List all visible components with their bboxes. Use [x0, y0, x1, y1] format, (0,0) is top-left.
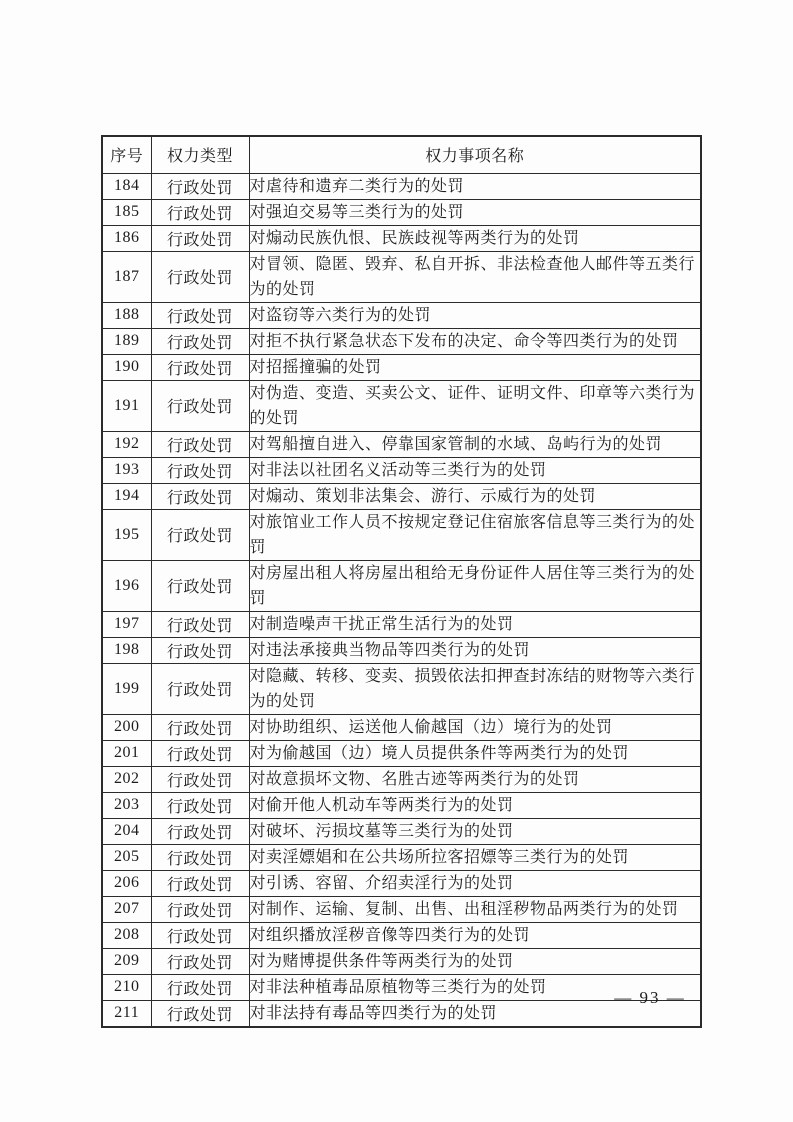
cell-serial-number: 197 [102, 611, 151, 637]
cell-serial-number: 203 [102, 792, 151, 818]
cell-power-type: 行政处罚 [151, 792, 249, 818]
cell-serial-number: 188 [102, 302, 151, 328]
cell-serial-number: 209 [102, 948, 151, 974]
cell-power-item-name: 对引诱、容留、介绍卖淫行为的处罚 [249, 870, 701, 896]
cell-serial-number: 193 [102, 457, 151, 483]
table-row: 189行政处罚对拒不执行紧急状态下发布的决定、命令等四类行为的处罚 [102, 328, 701, 354]
table-row: 202行政处罚对故意损坏文物、名胜古迹等两类行为的处罚 [102, 766, 701, 792]
cell-power-item-name: 对违法承接典当物品等四类行为的处罚 [249, 637, 701, 663]
cell-serial-number: 200 [102, 714, 151, 740]
cell-power-type: 行政处罚 [151, 896, 249, 922]
cell-power-type: 行政处罚 [151, 199, 249, 225]
table-row: 185行政处罚对强迫交易等三类行为的处罚 [102, 199, 701, 225]
table-header-row: 序号 权力类型 权力事项名称 [102, 136, 701, 173]
cell-power-type: 行政处罚 [151, 354, 249, 380]
table-row: 187行政处罚对冒领、隐匿、毁弃、私自开拆、非法检查他人邮件等五类行为的处罚 [102, 251, 701, 302]
column-header-serial-number: 序号 [102, 136, 151, 173]
table-row: 204行政处罚对破坏、污损坟墓等三类行为的处罚 [102, 818, 701, 844]
cell-power-type: 行政处罚 [151, 766, 249, 792]
power-items-table: 序号 权力类型 权力事项名称 184行政处罚对虐待和遗弃二类行为的处罚185行政… [101, 135, 702, 1028]
cell-power-item-name: 对盗窃等六类行为的处罚 [249, 302, 701, 328]
cell-serial-number: 190 [102, 354, 151, 380]
cell-power-type: 行政处罚 [151, 844, 249, 870]
cell-power-item-name: 对为赌博提供条件等两类行为的处罚 [249, 948, 701, 974]
cell-power-type: 行政处罚 [151, 173, 249, 199]
table-row: 203行政处罚对偷开他人机动车等两类行为的处罚 [102, 792, 701, 818]
cell-serial-number: 210 [102, 974, 151, 1000]
cell-power-type: 行政处罚 [151, 431, 249, 457]
cell-power-item-name: 对偷开他人机动车等两类行为的处罚 [249, 792, 701, 818]
cell-power-type: 行政处罚 [151, 637, 249, 663]
page-number: — 93 — [595, 988, 705, 1008]
table-row: 209行政处罚对为赌博提供条件等两类行为的处罚 [102, 948, 701, 974]
cell-serial-number: 191 [102, 380, 151, 431]
cell-power-type: 行政处罚 [151, 818, 249, 844]
cell-serial-number: 184 [102, 173, 151, 199]
cell-serial-number: 204 [102, 818, 151, 844]
cell-power-item-name: 对冒领、隐匿、毁弃、私自开拆、非法检查他人邮件等五类行为的处罚 [249, 251, 701, 302]
cell-power-item-name: 对破坏、污损坟墓等三类行为的处罚 [249, 818, 701, 844]
table-row: 194行政处罚对煽动、策划非法集会、游行、示威行为的处罚 [102, 483, 701, 509]
cell-power-item-name: 对强迫交易等三类行为的处罚 [249, 199, 701, 225]
cell-power-type: 行政处罚 [151, 225, 249, 251]
cell-power-type: 行政处罚 [151, 714, 249, 740]
cell-power-type: 行政处罚 [151, 663, 249, 714]
cell-serial-number: 189 [102, 328, 151, 354]
table-row: 195行政处罚对旅馆业工作人员不按规定登记住宿旅客信息等三类行为的处罚 [102, 509, 701, 560]
cell-power-type: 行政处罚 [151, 251, 249, 302]
cell-power-type: 行政处罚 [151, 483, 249, 509]
table-row: 205行政处罚对卖淫嫖娼和在公共场所拉客招嫖等三类行为的处罚 [102, 844, 701, 870]
cell-power-type: 行政处罚 [151, 740, 249, 766]
cell-serial-number: 198 [102, 637, 151, 663]
cell-serial-number: 206 [102, 870, 151, 896]
table-row: 188行政处罚对盗窃等六类行为的处罚 [102, 302, 701, 328]
table-row: 186行政处罚对煽动民族仇恨、民族歧视等两类行为的处罚 [102, 225, 701, 251]
cell-serial-number: 195 [102, 509, 151, 560]
cell-power-item-name: 对制作、运输、复制、出售、出租淫秽物品两类行为的处罚 [249, 896, 701, 922]
column-header-power-item-name: 权力事项名称 [249, 136, 701, 173]
cell-power-type: 行政处罚 [151, 611, 249, 637]
cell-serial-number: 208 [102, 922, 151, 948]
table-row: 198行政处罚对违法承接典当物品等四类行为的处罚 [102, 637, 701, 663]
cell-power-item-name: 对旅馆业工作人员不按规定登记住宿旅客信息等三类行为的处罚 [249, 509, 701, 560]
cell-power-item-name: 对煽动、策划非法集会、游行、示威行为的处罚 [249, 483, 701, 509]
cell-power-item-name: 对招摇撞骗的处罚 [249, 354, 701, 380]
cell-power-type: 行政处罚 [151, 509, 249, 560]
cell-power-item-name: 对房屋出租人将房屋出租给无身份证件人居住等三类行为的处罚 [249, 560, 701, 611]
cell-power-item-name: 对协助组织、运送他人偷越国（边）境行为的处罚 [249, 714, 701, 740]
cell-power-item-name: 对为偷越国（边）境人员提供条件等两类行为的处罚 [249, 740, 701, 766]
cell-power-type: 行政处罚 [151, 1000, 249, 1027]
table-row: 192行政处罚对驾船擅自进入、停靠国家管制的水域、岛屿行为的处罚 [102, 431, 701, 457]
cell-serial-number: 187 [102, 251, 151, 302]
cell-serial-number: 201 [102, 740, 151, 766]
table-row: 184行政处罚对虐待和遗弃二类行为的处罚 [102, 173, 701, 199]
cell-power-item-name: 对非法以社团名义活动等三类行为的处罚 [249, 457, 701, 483]
cell-power-type: 行政处罚 [151, 302, 249, 328]
cell-serial-number: 185 [102, 199, 151, 225]
cell-power-item-name: 对隐藏、转移、变卖、损毁依法扣押查封冻结的财物等六类行为的处罚 [249, 663, 701, 714]
table-row: 200行政处罚对协助组织、运送他人偷越国（边）境行为的处罚 [102, 714, 701, 740]
table-row: 208行政处罚对组织播放淫秽音像等四类行为的处罚 [102, 922, 701, 948]
cell-power-item-name: 对驾船擅自进入、停靠国家管制的水域、岛屿行为的处罚 [249, 431, 701, 457]
cell-power-item-name: 对伪造、变造、买卖公文、证件、证明文件、印章等六类行为的处罚 [249, 380, 701, 431]
cell-power-type: 行政处罚 [151, 560, 249, 611]
cell-power-item-name: 对拒不执行紧急状态下发布的决定、命令等四类行为的处罚 [249, 328, 701, 354]
cell-serial-number: 192 [102, 431, 151, 457]
table-row: 191行政处罚对伪造、变造、买卖公文、证件、证明文件、印章等六类行为的处罚 [102, 380, 701, 431]
table-body: 184行政处罚对虐待和遗弃二类行为的处罚185行政处罚对强迫交易等三类行为的处罚… [102, 173, 701, 1027]
cell-power-type: 行政处罚 [151, 922, 249, 948]
cell-serial-number: 186 [102, 225, 151, 251]
cell-power-item-name: 对虐待和遗弃二类行为的处罚 [249, 173, 701, 199]
cell-serial-number: 196 [102, 560, 151, 611]
cell-power-item-name: 对煽动民族仇恨、民族歧视等两类行为的处罚 [249, 225, 701, 251]
cell-power-type: 行政处罚 [151, 380, 249, 431]
cell-power-item-name: 对故意损坏文物、名胜古迹等两类行为的处罚 [249, 766, 701, 792]
cell-serial-number: 194 [102, 483, 151, 509]
document-page: 序号 权力类型 权力事项名称 184行政处罚对虐待和遗弃二类行为的处罚185行政… [0, 0, 793, 1122]
cell-serial-number: 199 [102, 663, 151, 714]
cell-power-type: 行政处罚 [151, 328, 249, 354]
table-row: 207行政处罚对制作、运输、复制、出售、出租淫秽物品两类行为的处罚 [102, 896, 701, 922]
table-row: 190行政处罚对招摇撞骗的处罚 [102, 354, 701, 380]
cell-power-type: 行政处罚 [151, 948, 249, 974]
column-header-power-type: 权力类型 [151, 136, 249, 173]
cell-power-item-name: 对卖淫嫖娼和在公共场所拉客招嫖等三类行为的处罚 [249, 844, 701, 870]
table-row: 199行政处罚对隐藏、转移、变卖、损毁依法扣押查封冻结的财物等六类行为的处罚 [102, 663, 701, 714]
cell-serial-number: 205 [102, 844, 151, 870]
cell-power-type: 行政处罚 [151, 974, 249, 1000]
table-row: 196行政处罚对房屋出租人将房屋出租给无身份证件人居住等三类行为的处罚 [102, 560, 701, 611]
table-row: 201行政处罚对为偷越国（边）境人员提供条件等两类行为的处罚 [102, 740, 701, 766]
cell-power-item-name: 对组织播放淫秽音像等四类行为的处罚 [249, 922, 701, 948]
cell-serial-number: 211 [102, 1000, 151, 1027]
cell-serial-number: 202 [102, 766, 151, 792]
cell-power-type: 行政处罚 [151, 870, 249, 896]
cell-power-type: 行政处罚 [151, 457, 249, 483]
table-row: 193行政处罚对非法以社团名义活动等三类行为的处罚 [102, 457, 701, 483]
table-row: 197行政处罚对制造噪声干扰正常生活行为的处罚 [102, 611, 701, 637]
table-row: 206行政处罚对引诱、容留、介绍卖淫行为的处罚 [102, 870, 701, 896]
cell-power-item-name: 对制造噪声干扰正常生活行为的处罚 [249, 611, 701, 637]
cell-serial-number: 207 [102, 896, 151, 922]
